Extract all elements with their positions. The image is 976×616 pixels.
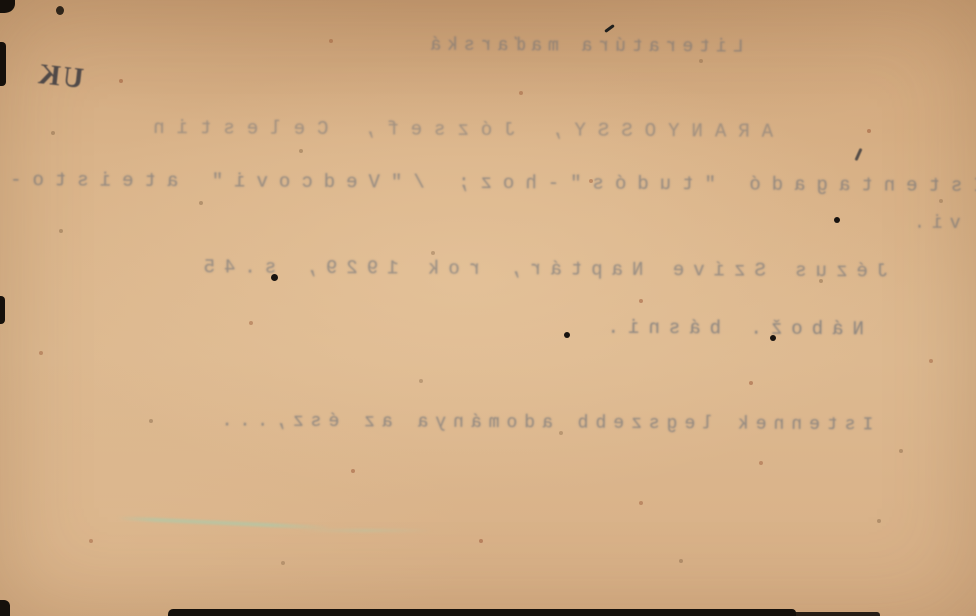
author-heading-text: ARANYOSSY, József, Celestin xyxy=(141,117,773,143)
mirrored-showthrough-layer: Literatúra maďarská ARANYOSSY, József, C… xyxy=(0,0,976,616)
title-text: Istentagadó "tudós"-hoz; /"Vedcovi" atei… xyxy=(0,169,976,197)
library-stamp: UK xyxy=(34,59,85,96)
source-citation-text: Jézus Szíve Naptár, rok 1929, s.45 xyxy=(195,256,889,282)
quote-incipit-text: Istennek legszebb adománya az ész,... xyxy=(215,411,874,435)
index-card: Literatúra maďarská ARANYOSSY, József, C… xyxy=(0,0,976,616)
genre-note-text: Nábož. básni. xyxy=(599,317,864,341)
subject-heading-text: Literatúra maďarská xyxy=(424,36,743,58)
title-continuation-text: vi. xyxy=(907,214,961,234)
